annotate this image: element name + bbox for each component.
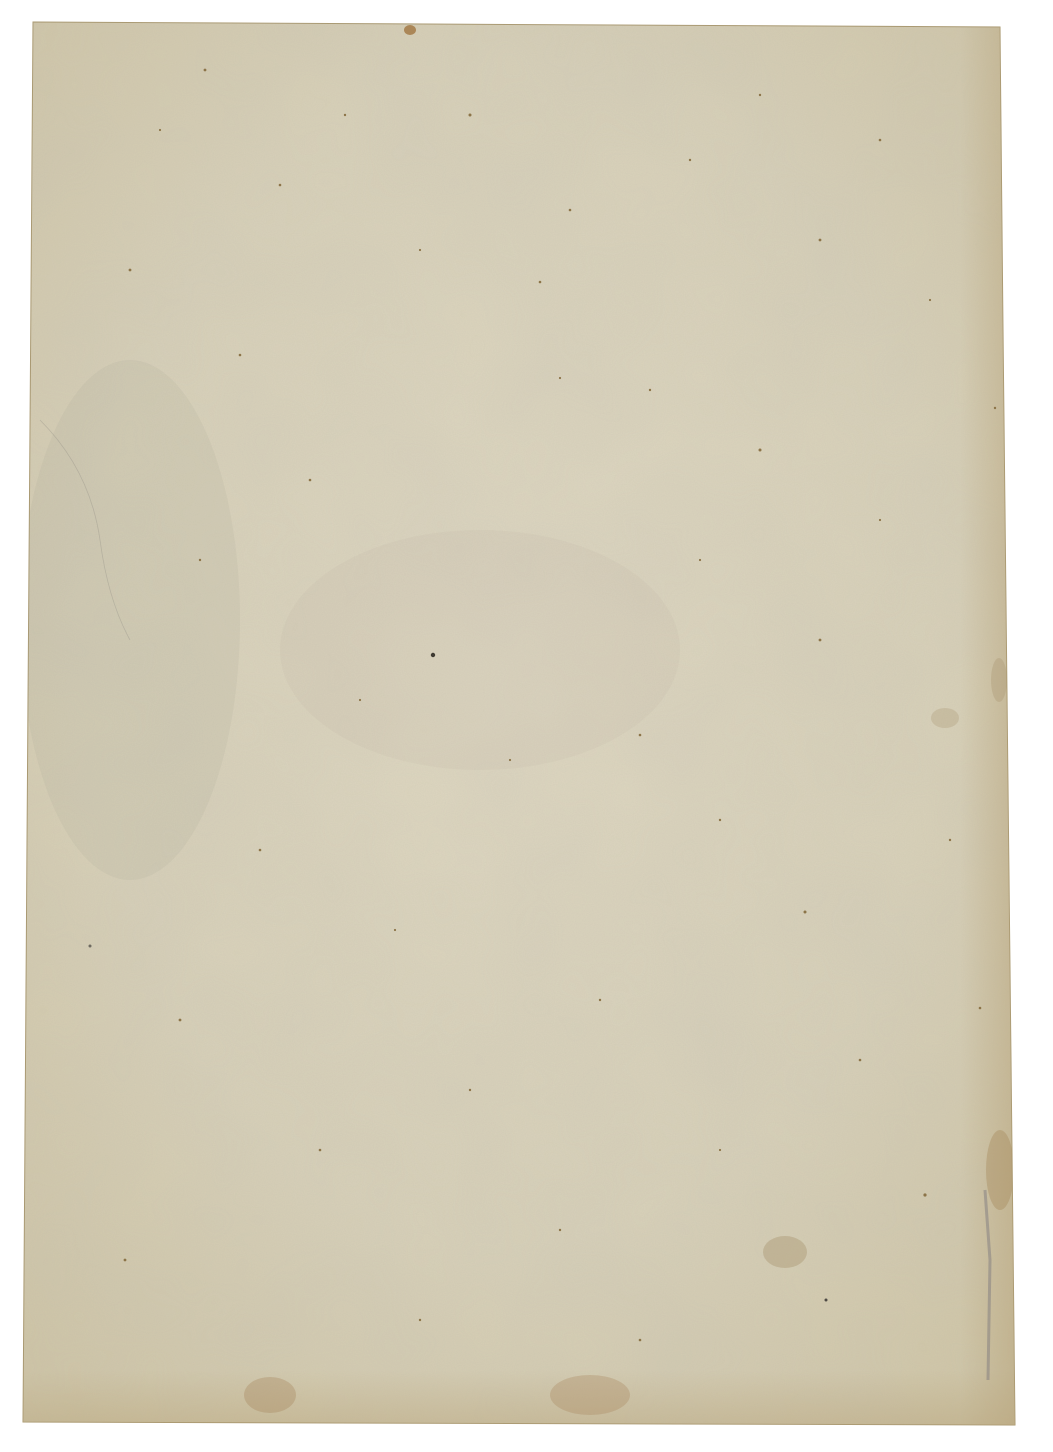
aged-paper-sheet xyxy=(0,0,1053,1452)
image-canvas xyxy=(0,0,1053,1452)
